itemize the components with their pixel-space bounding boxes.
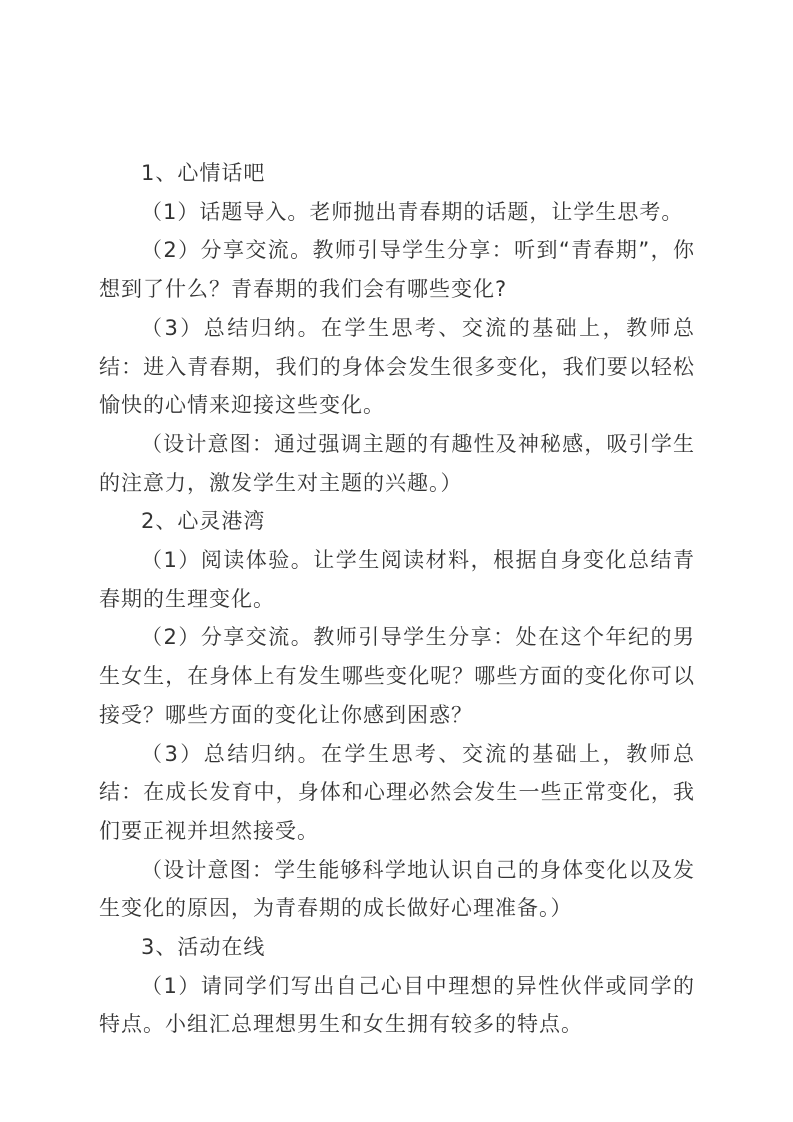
section-1-step-1: （1）话题导入。老师抛出青春期的话题，让学生思考。 [99, 193, 695, 232]
section-1-heading: 1、心情话吧 [99, 154, 695, 193]
section-2-step-2: （2）分享交流。教师引导学生分享：处在这个年纪的男生女生，在身体上有发生哪些变化… [99, 618, 695, 734]
section-3-heading: 3、活动在线 [99, 928, 695, 967]
section-1-design-note: （设计意图：通过强调主题的有趣性及神秘感，吸引学生的注意力，激发学生对主题的兴趣… [99, 425, 695, 502]
document-body: 1、心情话吧 （1）话题导入。老师抛出青春期的话题，让学生思考。 （2）分享交流… [99, 154, 695, 1044]
section-2-step-1: （1）阅读体验。让学生阅读材料，根据自身变化总结青春期的生理变化。 [99, 541, 695, 618]
section-1-step-3: （3）总结归纳。在学生思考、交流的基础上，教师总结：进入青春期，我们的身体会发生… [99, 309, 695, 425]
section-1-step-2: （2）分享交流。教师引导学生分享：听到“青春期”，你想到了什么？青春期的我们会有… [99, 231, 695, 308]
document-page: 1、心情话吧 （1）话题导入。老师抛出青春期的话题，让学生思考。 （2）分享交流… [0, 0, 793, 1122]
section-3-step-1: （1）请同学们写出自己心目中理想的异性伙伴或同学的特点。小组汇总理想男生和女生拥… [99, 967, 695, 1044]
section-2-heading: 2、心灵港湾 [99, 502, 695, 541]
section-2-design-note: （设计意图：学生能够科学地认识自己的身体变化以及发生变化的原因，为青春期的成长做… [99, 851, 695, 928]
section-2-step-3: （3）总结归纳。在学生思考、交流的基础上，教师总结：在成长发育中，身体和心理必然… [99, 735, 695, 851]
